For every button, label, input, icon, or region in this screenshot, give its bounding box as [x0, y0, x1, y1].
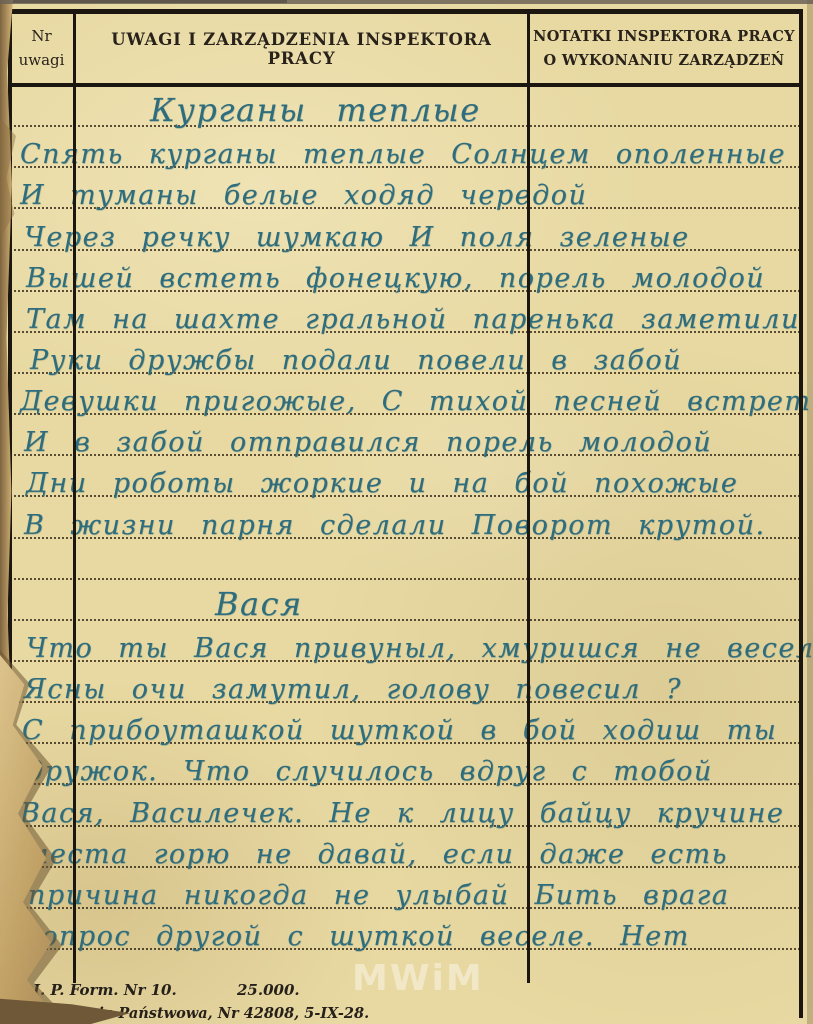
- header-uwagi-title-text: UWAGI I ZARZĄDZENIA INSPEKTORA PRACY: [77, 30, 526, 68]
- ruled-line: Вася: [10, 580, 800, 621]
- handwritten-line: места горю не давай, если даже есть: [26, 839, 728, 870]
- manuscript-area: Курганы теплыеСпять курганы теплые Солнц…: [10, 86, 800, 950]
- handwritten-line: С прибоуташкой шуткой в бой ходиш ты: [22, 715, 777, 746]
- handwritten-line: Девушки пригожые, С тихой песней встрети…: [20, 386, 813, 417]
- ruled-line: дружок. Что случилось вдруг с тобой: [10, 744, 800, 785]
- ruled-line: вопрос другой с шуткой веселе. Нет: [10, 909, 800, 950]
- handwritten-line: Спять курганы теплые Солнцем ополенные: [20, 139, 786, 170]
- handwritten-line: Дни роботы жоркие и на бой похожые: [26, 468, 738, 499]
- ruled-line: Вышей встеть фонецкую, порель молодой: [10, 251, 800, 292]
- watermark: MWiM: [352, 958, 484, 999]
- ruled-line: Девушки пригожые, С тихой песней встрети…: [10, 374, 800, 415]
- handwritten-line: причина никогда не улыбай Бить врага: [28, 880, 729, 911]
- scanned-document-page: Nr uwagi UWAGI I ZARZĄDZENIA INSPEKTORA …: [0, 0, 813, 1024]
- header-nr-uwagi: Nr uwagi: [10, 14, 73, 83]
- ruled-line: [10, 539, 800, 580]
- ruled-line: Вася, Василечек. Не к лицу байцу кручине: [10, 785, 800, 826]
- handwritten-line: И в забой отправился порель молодой: [24, 427, 712, 458]
- column-divider-2: [527, 13, 530, 983]
- header-notatki-line1: NOTATKI INSPEKTORA PRACY: [533, 25, 795, 49]
- header-nr-uwagi-line1: Nr: [31, 25, 51, 48]
- frame-top-border: [8, 9, 803, 14]
- ruled-line: Там на шахте гральной паренька заметили: [10, 292, 800, 333]
- handwritten-title: Курганы теплые: [150, 91, 481, 129]
- ruled-line: причина никогда не улыбай Бить врага: [10, 868, 800, 909]
- ruled-line: Через речку шумкаю И поля зеленые: [10, 209, 800, 250]
- handwritten-line: Ясны очи замутил, голову повесил ?: [24, 674, 682, 705]
- header-notatki-title: NOTATKI INSPEKTORA PRACY O WYKONANIU ZAR…: [531, 14, 797, 83]
- header-uwagi-title: UWAGI I ZARZĄDZENIA INSPEKTORA PRACY: [77, 14, 526, 83]
- handwritten-line: Вышей встеть фонецкую, порель молодой: [26, 263, 765, 294]
- handwritten-line: Вася, Василечек. Не к лицу байцу кручине: [20, 798, 784, 829]
- handwritten-line: И туманы белые ходяд чередой: [20, 180, 587, 211]
- header-nr-uwagi-line2: uwagi: [19, 49, 65, 72]
- ruled-line: Курганы теплые: [10, 86, 800, 127]
- handwritten-line: вопрос другой с шуткой веселе. Нет: [24, 921, 690, 952]
- handwritten-line: дружок. Что случилось вдруг с тобой: [26, 756, 713, 787]
- footer-print-run: 25.000.: [237, 981, 300, 999]
- column-divider-1: [73, 13, 76, 983]
- ruled-line: Дни роботы жоркие и на бой похожые: [10, 456, 800, 497]
- handwritten-line: Руки дружбы подали повели в забой: [30, 345, 682, 376]
- ruled-line: Ясны очи замутил, голову повесил ?: [10, 662, 800, 703]
- handwritten-line: В жизни парня сделали Поворот крутой.: [24, 510, 766, 541]
- footer-form-number: I. P. Form. Nr 10.: [33, 981, 177, 999]
- handwritten-line: Что ты Вася привуныл, хмуришся не весел: [26, 633, 813, 664]
- frame-right-border: [799, 9, 803, 1018]
- ruled-line: места горю не давай, если даже есть: [10, 827, 800, 868]
- ruled-line: И в забой отправился порель молодой: [10, 415, 800, 456]
- ruled-line: И туманы белые ходяд чередой: [10, 168, 800, 209]
- ruled-line: Руки дружбы подали повели в забой: [10, 333, 800, 374]
- header-bottom-rule: [8, 83, 801, 87]
- header-notatki-line2: O WYKONANIU ZARZĄDZEŃ: [544, 49, 785, 73]
- scan-top-edge: [0, 0, 813, 4]
- ruled-line: Что ты Вася привуныл, хмуришся не весел: [10, 621, 800, 662]
- ruled-line: С прибоуташкой шуткой в бой ходиш ты: [10, 703, 800, 744]
- paper-right-edge: [807, 0, 813, 1024]
- ruled-line: В жизни парня сделали Поворот крутой.: [10, 497, 800, 538]
- handwritten-line: Через речку шумкаю И поля зеленые: [24, 222, 690, 253]
- handwritten-title: Вася: [215, 585, 303, 623]
- ruled-line: Спять курганы теплые Солнцем ополенные: [10, 127, 800, 168]
- handwritten-line: Там на шахте гральной паренька заметили: [26, 304, 800, 335]
